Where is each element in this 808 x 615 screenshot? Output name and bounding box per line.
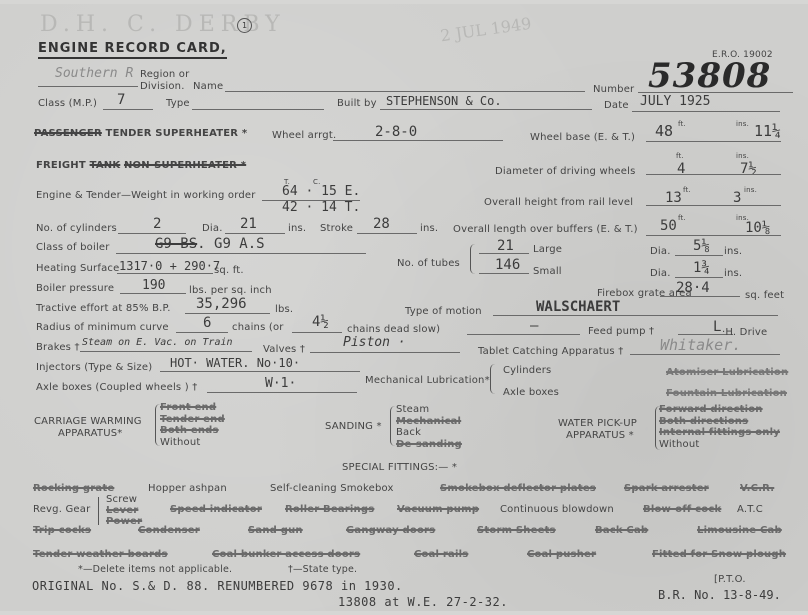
non-superheater-option: NON-SUPERHEATER * xyxy=(124,160,246,171)
freight-option: FREIGHT xyxy=(36,160,86,171)
special-fitting-item: Gangway doors xyxy=(346,525,435,536)
driving-wheels-line xyxy=(646,174,781,175)
boiler-pressure-label: Boiler pressure xyxy=(36,283,114,294)
special-fitting-item: Fitted for Snow plough xyxy=(652,549,786,560)
built-by-line xyxy=(380,109,592,110)
boiler-pressure-unit: lbs. per sq. inch xyxy=(189,285,272,296)
region-line xyxy=(38,86,138,87)
carriage-warming-option: Front end xyxy=(160,402,225,414)
curve-unit: chains (or xyxy=(232,322,284,333)
pto-note: [P.T.O. xyxy=(714,574,746,585)
class-value: 7 xyxy=(117,92,125,108)
height-ft-unit: ft. xyxy=(683,186,691,194)
grate-area-value: 28·4 xyxy=(676,280,710,296)
engine-record-card: D.H. C. DERBY 2 JUL 1949 1 ENGINE RECORD… xyxy=(0,4,808,611)
tubes-large-value: 21 xyxy=(497,238,514,254)
sanding-option: Back xyxy=(396,427,462,439)
axle-boxes-label: Axle boxes (Coupled wheels ) † xyxy=(36,382,197,393)
wheel-base-ft: 48 xyxy=(655,122,673,140)
tender-option: TENDER xyxy=(106,128,152,139)
heating-surface-value: 1317·0 + 290·7 xyxy=(119,259,220,273)
sanding-options: SteamMechanicalBackDe-sanding xyxy=(396,404,462,450)
wheel-base-line xyxy=(646,141,781,142)
sanding-option: Steam xyxy=(396,404,462,416)
curve-slow-unit: chains dead slow) xyxy=(347,324,440,335)
carriage-warming-option: Tender end xyxy=(160,414,225,426)
faint-date-stamp: 2 JUL 1949 xyxy=(439,14,532,46)
height-ins: 3 xyxy=(733,190,741,206)
date-line xyxy=(632,111,780,112)
carriage-warming-label-1: CARRIAGE WARMING xyxy=(34,416,142,427)
grate-area-unit: sq. feet xyxy=(745,290,784,301)
note-state-type: †—State type. xyxy=(288,564,357,575)
curve-line xyxy=(176,332,228,333)
boiler-class-label: Class of boiler xyxy=(36,242,110,253)
special-fitting-item: Storm Sheets xyxy=(477,525,556,536)
special-fitting-item: Self-cleaning Smokebox xyxy=(270,483,394,494)
curve-slow-value: 4½ xyxy=(312,314,329,330)
special-fitting-item: Smokebox deflector plates xyxy=(440,483,596,494)
special-fitting-item: A.T.C xyxy=(737,504,763,515)
height-line xyxy=(646,205,781,206)
tablet-line xyxy=(630,354,780,355)
curve-label: Radius of minimum curve xyxy=(36,322,169,333)
water-pickup-option: Internal fittings only xyxy=(659,427,780,439)
curve-value: 6 xyxy=(203,315,211,331)
special-fitting-item: Tender weather boards xyxy=(33,549,168,560)
number-label: Number xyxy=(593,84,634,95)
superheater-option: SUPERHEATER * xyxy=(155,128,247,139)
date-value: JULY 1925 xyxy=(640,94,710,109)
brakes-line xyxy=(80,351,252,352)
dia-small-unit: ins. xyxy=(724,268,742,279)
dia-small-line xyxy=(675,277,723,278)
injectors-label: Injectors (Type & Size) xyxy=(36,362,152,373)
number-line xyxy=(638,92,793,93)
boiler-class-line xyxy=(116,253,366,254)
classification-passenger-row: PASSENGER TENDER SUPERHEATER * xyxy=(34,128,247,139)
revg-gear-option: Lever xyxy=(106,505,142,516)
feed-pump-label: Feed pump † xyxy=(588,326,654,337)
corner-circle-mark: 1 xyxy=(237,18,252,33)
built-by-value: STEPHENSON & Co. xyxy=(386,94,502,108)
revg-gear-brace xyxy=(98,497,102,525)
lubrication-label: Mechanical Lubrication* xyxy=(365,375,490,386)
card-title: ENGINE RECORD CARD, xyxy=(38,41,227,59)
length-line xyxy=(646,235,781,236)
stroke-unit: ins. xyxy=(420,223,438,234)
heating-surface-label: Heating Surface xyxy=(36,263,119,274)
special-fitting-item: Blow-off cock xyxy=(643,504,721,515)
class-line xyxy=(103,109,153,110)
brakes-label: Brakes † xyxy=(36,342,80,353)
length-ft: 50 xyxy=(660,218,677,234)
tubes-brace xyxy=(470,244,475,274)
cylinder-dia-value: 21 xyxy=(240,216,257,232)
axle-boxes-value: W·1· xyxy=(265,376,296,391)
tubes-small-line xyxy=(479,273,529,274)
type-line xyxy=(192,109,324,110)
lubrication-axle-boxes: Axle boxes xyxy=(503,387,559,398)
injectors-line xyxy=(160,371,360,372)
original-number-note: ORIGINAL No. S.& D. 88. RENUMBERED 9678 … xyxy=(32,579,403,593)
engine-number: 53808 xyxy=(648,56,771,96)
length-ins: 10⅛ xyxy=(745,220,770,236)
heating-surface-line xyxy=(117,273,213,274)
region-label-1: Region or xyxy=(140,69,189,80)
special-fitting-item: Spark arrester xyxy=(624,483,709,494)
sanding-brace xyxy=(390,406,395,446)
cylinders-label: No. of cylinders xyxy=(36,223,117,234)
special-fitting-item: Trip cocks xyxy=(33,525,91,536)
boiler-pressure-line xyxy=(120,293,186,294)
sanding-option: De-sanding xyxy=(396,439,462,451)
tubes-large-line xyxy=(479,253,529,254)
revg-gear-option: Screw xyxy=(106,494,142,505)
renumber-note: 13808 at W.E. 27-2-32. xyxy=(338,595,508,609)
wheel-base-ft-unit: ft. xyxy=(678,120,686,128)
cylinders-line xyxy=(118,233,186,234)
grate-area-line xyxy=(660,296,740,297)
weight-tender-value: 42 · 14 T. xyxy=(282,200,360,215)
tablet-value: Whitaker. xyxy=(660,336,741,354)
tubes-label: No. of tubes xyxy=(397,258,460,269)
special-fitting-item: Speed indicator xyxy=(170,504,262,515)
wheel-base-ins: 11¼ xyxy=(754,122,781,140)
tubes-large-label: Large xyxy=(533,244,562,255)
special-fitting-item: Rocking grate xyxy=(33,483,114,494)
type-label: Type xyxy=(166,98,190,109)
fountain-lubrication: Fountain Lubrication xyxy=(666,388,787,399)
length-ft-unit: ft. xyxy=(678,214,686,222)
cylinders-value: 2 xyxy=(153,216,161,232)
boiler-class-value: . G9 A.S xyxy=(197,236,264,252)
lubrication-brace xyxy=(490,364,495,394)
motion-line xyxy=(493,315,778,316)
tubes-small-label: Small xyxy=(533,266,562,277)
atomiser-lubrication: Atomiser Lubrication xyxy=(666,367,788,378)
valves-label: Valves † xyxy=(263,344,305,355)
sanding-label: SANDING * xyxy=(325,421,382,432)
driving-ft-unit: ft. xyxy=(676,152,684,160)
special-fitting-item: Roller Bearings xyxy=(285,504,374,515)
special-fitting-item: Coal pusher xyxy=(527,549,596,560)
brakes-value: Steam on E. Vac. on Train xyxy=(82,337,233,348)
lubrication-cylinders: Cylinders xyxy=(503,365,551,376)
br-number-note: B.R. No. 13-8-49. xyxy=(658,588,781,602)
special-fitting-item: Condenser xyxy=(138,525,200,536)
name-line xyxy=(225,91,585,92)
tractive-label: Tractive effort at 85% B.P. xyxy=(36,303,171,314)
passenger-option: PASSENGER xyxy=(34,128,102,139)
dia-large-unit: ins. xyxy=(724,246,742,257)
driving-ins-unit: ins. xyxy=(736,152,749,160)
special-fitting-item: Vacuum pump xyxy=(397,504,479,515)
carriage-warming-options: Front endTender endBoth endsWithout xyxy=(160,402,225,448)
water-pickup-options: Forward directionBoth directionsInternal… xyxy=(659,404,780,450)
stroke-value: 28 xyxy=(373,216,390,232)
region-value: Southern R xyxy=(55,66,133,81)
boiler-class-struck: G9 BS xyxy=(155,236,197,252)
drive-value: L xyxy=(713,319,721,335)
water-pickup-label-2: APPARATUS * xyxy=(566,430,634,441)
length-label: Overall length over buffers (E. & T.) xyxy=(453,224,638,235)
carriage-warming-option: Without xyxy=(160,437,225,449)
special-fitting-item: Sand gun xyxy=(248,525,303,536)
revg-gear-option: Power xyxy=(106,516,142,527)
dia-large-line xyxy=(675,255,723,256)
revg-gear-label: Revg. Gear xyxy=(33,504,90,515)
valves-value: Piston · xyxy=(343,335,406,350)
name-label: Name xyxy=(193,81,223,92)
motion-value: WALSCHAERT xyxy=(536,299,620,315)
water-pickup-option: Without xyxy=(659,439,780,451)
height-label: Overall height from rail level xyxy=(484,197,633,208)
date-label: Date xyxy=(604,100,629,111)
special-fitting-item: Coal bunker access doors xyxy=(212,549,360,560)
note-delete: *—Delete items not applicable. xyxy=(78,564,232,575)
built-by-label: Built by xyxy=(337,98,377,109)
tractive-unit: lbs. xyxy=(275,304,293,315)
axle-boxes-line xyxy=(207,392,357,393)
tubes-small-value: 146 xyxy=(495,257,520,273)
wheel-base-ins-unit: ins. xyxy=(736,120,749,128)
wheel-base-label: Wheel base (E. & T.) xyxy=(530,132,635,143)
tractive-value: 35,296 xyxy=(196,296,247,312)
classification-freight-row: FREIGHT TANK NON-SUPERHEATER * xyxy=(36,160,246,171)
water-pickup-option: Forward direction xyxy=(659,404,780,416)
curve-slow-line xyxy=(292,332,342,333)
revg-gear-options: ScrewLeverPower xyxy=(106,494,142,527)
feed-pump-line xyxy=(467,334,580,335)
dia-small-label: Dia. xyxy=(650,268,671,279)
special-fittings-title: SPECIAL FITTINGS:— * xyxy=(342,462,457,473)
special-fitting-item: Continuous blowdown xyxy=(500,504,614,515)
wheel-arrgt-value: 2-8-0 xyxy=(375,124,417,140)
carriage-warming-option: Both ends xyxy=(160,425,225,437)
cylinder-dia-line xyxy=(225,233,285,234)
carriage-warming-label-2: APPARATUS* xyxy=(58,428,123,439)
dia-large-label: Dia. xyxy=(650,246,671,257)
special-fitting-item: V.C.R. xyxy=(740,483,774,494)
cylinder-dia-label: Dia. xyxy=(202,223,223,234)
dia-small-value: 1¾ xyxy=(693,260,710,276)
wheel-arrgt-line xyxy=(333,140,503,141)
weight-label: Engine & Tender—Weight in working order xyxy=(36,190,256,201)
driving-wheels-label: Diameter of driving wheels xyxy=(495,166,636,177)
region-label-2: Division. xyxy=(140,81,185,92)
special-fitting-item: Limousine Cab xyxy=(697,525,782,536)
valves-line xyxy=(310,352,460,353)
heating-surface-unit: sq. ft. xyxy=(214,265,244,276)
water-pickup-label-1: WATER PICK-UP xyxy=(558,418,637,429)
boiler-pressure-value: 190 xyxy=(142,278,165,293)
wheel-arrgt-label: Wheel arrgt. xyxy=(272,130,336,141)
stroke-label: Stroke xyxy=(320,223,353,234)
special-fitting-item: Coal rails xyxy=(414,549,468,560)
tank-option: TANK xyxy=(90,160,121,171)
injectors-value: HOT· WATER. No·10· xyxy=(170,356,300,370)
height-ins-unit: ins. xyxy=(744,186,757,194)
class-label: Class (M.P.) xyxy=(38,98,97,109)
cylinder-dia-unit: ins. xyxy=(288,223,306,234)
boiler-class-row: G9 BS. G9 A.S xyxy=(155,236,265,252)
tablet-label: Tablet Catching Apparatus † xyxy=(478,346,623,357)
special-fitting-item: Back Cab xyxy=(595,525,648,536)
weight-engine-value: 64 · 15 E. xyxy=(282,184,360,199)
water-pickup-option: Both directions xyxy=(659,416,780,428)
dia-large-value: 5⅛ xyxy=(693,238,710,254)
motion-label: Type of motion xyxy=(405,306,482,317)
tractive-line xyxy=(185,313,270,314)
height-ft: 13 xyxy=(665,190,682,206)
stroke-line xyxy=(357,233,417,234)
feed-pump-value: – xyxy=(530,318,538,334)
special-fitting-item: Hopper ashpan xyxy=(148,483,227,494)
sanding-option: Mechanical xyxy=(396,416,462,428)
